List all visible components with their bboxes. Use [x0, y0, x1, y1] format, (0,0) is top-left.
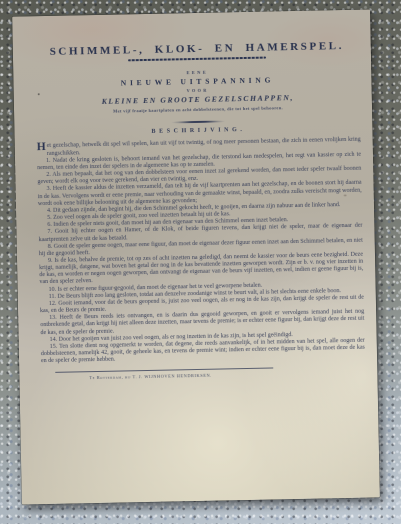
printed-game-sheet: SCHIMMEL-, KLOK- EN HAMERSPEL. EENE NIEU… [12, 9, 380, 504]
section-heading: BESCHRIJVING. [36, 125, 360, 138]
document-title: SCHIMMEL-, KLOK- EN HAMERSPEL. [35, 40, 359, 59]
title-rule [128, 57, 266, 62]
rules-list: 1. Nadat de kring gesloten is, behoort i… [37, 151, 365, 365]
drop-cap: H [37, 143, 46, 152]
document-content: SCHIMMEL-, KLOK- EN HAMERSPEL. EENE NIEU… [12, 9, 380, 504]
photo-of-document: { "colors": { "ink": "#2b3450", "paper-t… [0, 0, 401, 524]
rules-text: Het gezelschap, hetwelk dit spel wil spe… [37, 137, 365, 365]
swelled-rule [171, 120, 225, 124]
